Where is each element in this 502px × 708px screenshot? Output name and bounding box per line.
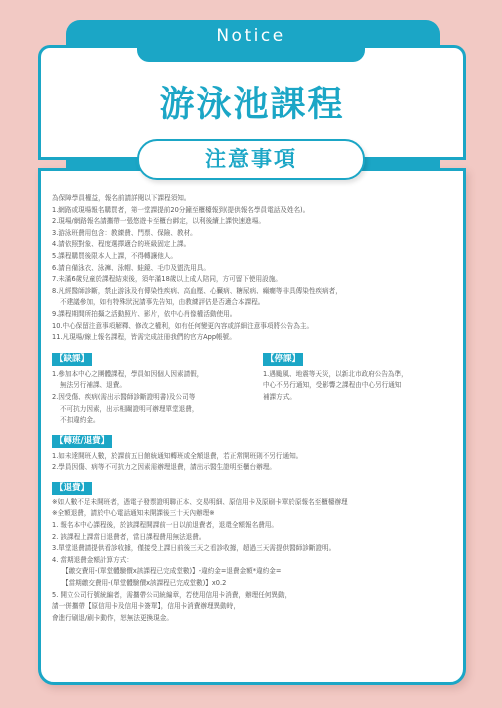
subtitle-pill: 注意事項 bbox=[137, 139, 365, 180]
notice-label: Notice bbox=[137, 26, 365, 46]
refund-line: 會進行刷退/刷卡動作，恕無法更換現金。 bbox=[52, 613, 452, 625]
refund-line: 1. 報名本中心課程後，於該課程開課前一日以前退費者，退還全額報名費用。 bbox=[52, 520, 452, 532]
refund-formula: 【當期繳交費用-(單堂體驗價x該課程已完成堂數)】x0.2 bbox=[52, 578, 452, 590]
absence-line: 不扣違約金。 bbox=[52, 415, 263, 427]
absence-line: 1.參加本中心之團體課程，學員如因個人因素請假， bbox=[52, 369, 263, 381]
refund-line: 請一併攜帶【原信用卡及信用卡簽單】，信用卡消費辦理異動時， bbox=[52, 601, 452, 613]
absence-section: 【缺課】 1.參加本中心之團體課程，學員如因個人因素請假， 無法另行補課、退費。… bbox=[52, 353, 263, 427]
divider-right bbox=[440, 157, 466, 160]
suspension-line: 中心不另行通知，受影響之課程由中心另行通知 bbox=[263, 380, 452, 392]
refund-line: 2. 該課程上課當日退費者，當日課程費用無法退費。 bbox=[52, 532, 452, 544]
refund-tag: 【退費】 bbox=[52, 482, 92, 495]
refund-line: ※如人數不足未開班者，憑電子發票證明聯正本、交易明細、原信用卡及原刷卡單於原報名… bbox=[52, 497, 452, 509]
notice-content: 為保障學員權益，報名前請詳閱以下課程須知。 1.網路或現場報名購買者，第一堂課提… bbox=[52, 193, 452, 624]
suspension-tag: 【停課】 bbox=[263, 353, 303, 366]
rule-item: 8.凡經醫師診斷，禁止游泳及有傳染性疾病、高血壓、心臟病、糖尿病、癲癇等非具傳染… bbox=[52, 286, 452, 298]
subtitle: 注意事項 bbox=[139, 141, 363, 178]
divider-left bbox=[38, 157, 66, 160]
notice-tab-notch bbox=[137, 44, 365, 62]
transfer-line: 2.學員因傷、病等不可抗力之因素需辦理退費，請出示醫生證明至櫃台辦理。 bbox=[52, 462, 452, 474]
suspension-line: 補課方式。 bbox=[263, 392, 452, 404]
rule-item: 9.課程期間所拍攝之活動照片、影片，依中心肖像權活動使用。 bbox=[52, 309, 452, 321]
absence-line: 無法另行補課、退費。 bbox=[52, 380, 263, 392]
refund-line: 4. 當期退費金額計算方式： bbox=[52, 555, 452, 567]
suspension-line: 1.遇颱風、地震等天災，以新北市政府公告為準， bbox=[263, 369, 452, 381]
rule-item: 3.游泳班費用包含：教練費、門票、保險、教材。 bbox=[52, 228, 452, 240]
page-title: 游泳池課程 bbox=[38, 77, 466, 127]
absence-suspension-row: 【缺課】 1.參加本中心之團體課程，學員如因個人因素請假， 無法另行補課、退費。… bbox=[52, 353, 452, 427]
intro-text: 為保障學員權益，報名前請詳閱以下課程須知。 bbox=[52, 193, 452, 205]
suspension-section: 【停課】 1.遇颱風、地震等天災，以新北市政府公告為準， 中心不另行通知，受影響… bbox=[263, 353, 452, 427]
rule-item: 11.凡現場/線上報名課程，皆需完成註冊我們的官方App帳號。 bbox=[52, 332, 452, 344]
refund-line: 5. 開立公司行號統編者，需攜帶公司統編章，若使用信用卡消費，辦理任何異動， bbox=[52, 590, 452, 602]
rule-item-continued: 不建議參加，如有特殊狀況請事先告知，由教練評估是否適合本課程。 bbox=[52, 297, 452, 309]
rule-item: 2.現場/網路報名請攜帶一張悠遊卡至櫃台綁定，以利後續上課快速進場。 bbox=[52, 216, 452, 228]
refund-formula: 【繳交費用-(單堂體驗價x該課程已完成堂數)】-違約金=退費金額*違約金= bbox=[52, 566, 452, 578]
rule-item: 6.請自備泳衣、泳褲、泳帽、蛙鏡、毛巾及盥洗用具。 bbox=[52, 263, 452, 275]
refund-line: ※全額退費，請於中心電話通知未開課後三十天內辦理※ bbox=[52, 508, 452, 520]
refund-line: 3.單堂退費請提供看診收據，僅接受上課日前後三天之看診收據，超過三天需提供醫師診… bbox=[52, 543, 452, 555]
rule-item: 4.請依照對象、程度選擇適合的班級固定上課。 bbox=[52, 239, 452, 251]
rule-item: 5.課程購買後限本人上課，不得轉讓他人。 bbox=[52, 251, 452, 263]
absence-line: 不可抗力因素，出示相關證明可辦理單堂退費， bbox=[52, 404, 263, 416]
transfer-tag: 【轉班/退費】 bbox=[52, 435, 112, 448]
transfer-line: 1.如未達開班人數，於課前五日館統通知轉班或全額退費，若正常開班則不另行通知。 bbox=[52, 451, 452, 463]
rule-item: 1.網路或現場報名購買者，第一堂課提前20分鐘至櫃檯報到(提供報名學員電話及姓名… bbox=[52, 205, 452, 217]
absence-tag: 【缺課】 bbox=[52, 353, 92, 366]
rule-item: 10.中心保留注意事項解釋、修改之權利，如有任何變更內容或詳細注意事項將公告為主… bbox=[52, 321, 452, 333]
rule-item: 7.未滿6歲兒童於課程結束後，須年滿18歲以上成人陪同，方可留下使用設施。 bbox=[52, 274, 452, 286]
absence-line: 2.因受傷、疾病(需出示醫師診斷證明書)及公司等 bbox=[52, 392, 263, 404]
